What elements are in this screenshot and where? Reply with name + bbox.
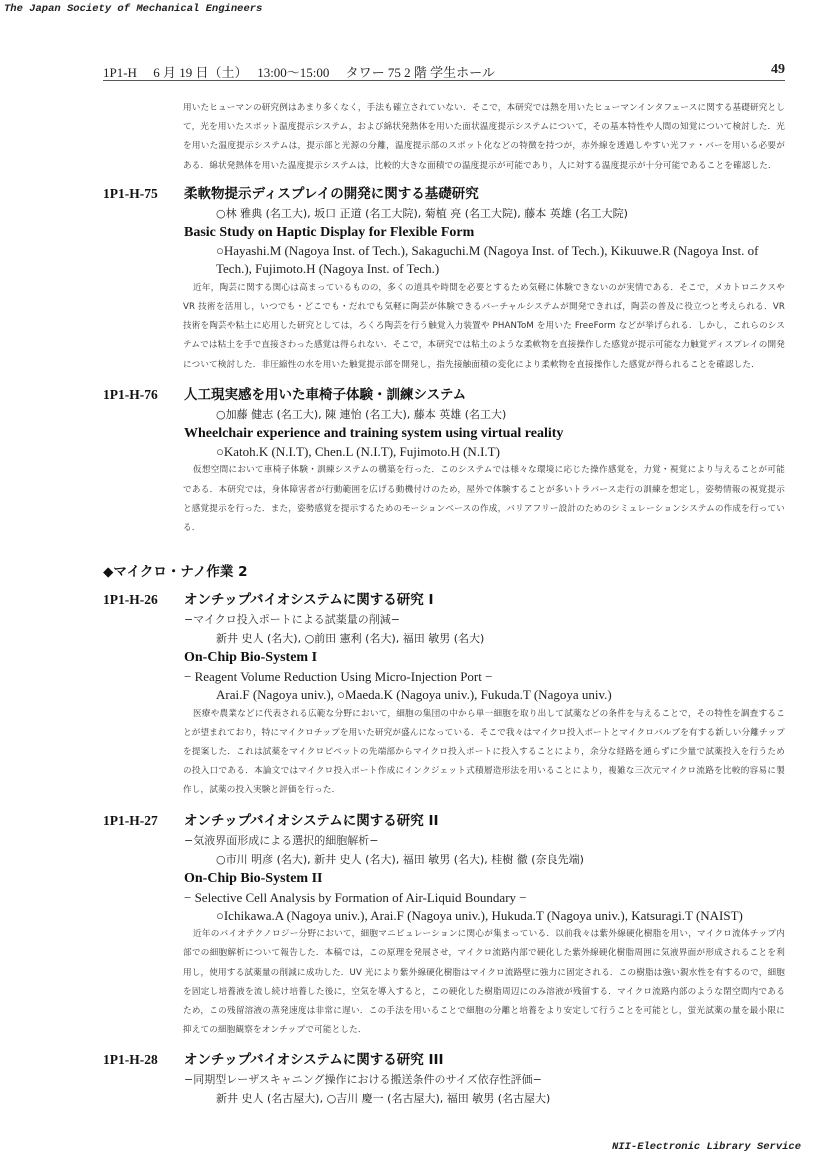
- page-content: 用いたヒューマンの研究例はあまり多くなく，手法も確立されていない．そこで，本研究…: [103, 99, 785, 1108]
- authors-en: Arai.F (Nagoya univ.), ○Maeda.K (Nagoya …: [216, 686, 785, 705]
- subtitle-ja: −同期型レーザスキャニング操作における搬送条件のサイズ依存性評価−: [184, 1070, 785, 1089]
- entry-id: 1P1-H-75: [103, 186, 184, 202]
- authors-ja: 新井 史人 (名古屋大), ○吉川 慶一 (名古屋大), 福田 敏男 (名古屋大…: [216, 1089, 785, 1108]
- subtitle-ja: −マイクロ投入ポートによる試薬量の削減−: [184, 610, 785, 629]
- authors-en: ○Katoh.K (N.I.T), Chen.L (N.I.T), Fujimo…: [216, 443, 785, 462]
- entry-1p1-h-28: 1P1-H-28 オンチップバイオシステムに関する研究 III −同期型レーザス…: [103, 1048, 785, 1108]
- authors-ja: ○加藤 健志 (名工大), 陳 連怡 (名工大), 藤本 英雄 (名工大): [216, 405, 785, 424]
- entry-title-ja: オンチップバイオシステムに関する研究 III: [184, 1048, 444, 1068]
- entry-1p1-h-76: 1P1-H-76 人工現実感を用いた車椅子体験・訓練システム ○加藤 健志 (名…: [103, 383, 785, 538]
- entry-title-ja: オンチップバイオシステムに関する研究 II: [184, 809, 439, 829]
- entry-abstract: 近年，陶芸に関する関心は高まっているものの，多くの道具や時間を必要とするため気軽…: [183, 279, 785, 375]
- entry-title-ja: 柔軟物提示ディスプレイの開発に関する基礎研究: [184, 182, 479, 202]
- publisher-watermark: The Japan Society of Mechanical Engineer…: [4, 3, 262, 15]
- entry-1p1-h-26: 1P1-H-26 オンチップバイオシステムに関する研究 I −マイクロ投入ポート…: [103, 588, 785, 801]
- authors-ja: 新井 史人 (名大), ○前田 憲利 (名大), 福田 敏男 (名大): [216, 629, 785, 648]
- entry-title-en: On-Chip Bio-System II: [184, 869, 785, 888]
- intro-abstract: 用いたヒューマンの研究例はあまり多くなく，手法も確立されていない．そこで，本研究…: [183, 99, 785, 176]
- entry-abstract: 医療や農業などに代表される広範な分野において，細胞の集団の中から単一細胞を取り出…: [183, 705, 785, 801]
- session-info: 1P1-H 6 月 19 日（土） 13:00〜15:00 タワー 75 2 階…: [103, 62, 495, 81]
- entry-title-ja: 人工現実感を用いた車椅子体験・訓練システム: [184, 383, 466, 403]
- entry-abstract: 仮想空間において車椅子体験・訓練システムの構築を行った．このシステムでは様々な環…: [183, 461, 785, 538]
- library-watermark: NII-Electronic Library Service: [612, 1141, 801, 1153]
- entry-title-ja: オンチップバイオシステムに関する研究 I: [184, 588, 433, 608]
- entry-id: 1P1-H-76: [103, 387, 184, 403]
- authors-ja: ○市川 明彦 (名大), 新井 史人 (名大), 福田 敏男 (名大), 桂樹 …: [216, 850, 785, 869]
- entry-abstract: 近年のバイオテクノロジー分野において，細胞マニピュレーションに関心が集まっている…: [183, 925, 785, 1040]
- section-heading: ◆マイクロ・ナノ作業 2: [103, 560, 785, 582]
- entry-title-en: On-Chip Bio-System I: [184, 648, 785, 667]
- page-number: 49: [771, 62, 785, 78]
- authors-en: ○Hayashi.M (Nagoya Inst. of Tech.), Saka…: [216, 242, 785, 279]
- entry-1p1-h-27: 1P1-H-27 オンチップバイオシステムに関する研究 II −気液界面形成によ…: [103, 809, 785, 1041]
- entry-id: 1P1-H-27: [103, 813, 184, 829]
- running-head: 1P1-H 6 月 19 日（土） 13:00〜15:00 タワー 75 2 階…: [103, 62, 785, 81]
- entry-title-en: Wheelchair experience and training syste…: [184, 424, 785, 443]
- subtitle-ja: −気液界面形成による選択的細胞解析−: [184, 831, 785, 850]
- authors-en: ○Ichikawa.A (Nagoya univ.), Arai.F (Nago…: [216, 907, 785, 926]
- subtitle-en: − Selective Cell Analysis by Formation o…: [184, 888, 785, 907]
- entry-1p1-h-75: 1P1-H-75 柔軟物提示ディスプレイの開発に関する基礎研究 ○林 雅典 (名…: [103, 182, 785, 375]
- authors-ja: ○林 雅典 (名工大), 坂口 正道 (名工大院), 菊植 亮 (名工大院), …: [216, 204, 785, 223]
- entry-id: 1P1-H-28: [103, 1052, 184, 1068]
- entry-title-en: Basic Study on Haptic Display for Flexib…: [184, 223, 785, 242]
- subtitle-en: − Reagent Volume Reduction Using Micro-I…: [184, 667, 785, 686]
- entry-id: 1P1-H-26: [103, 592, 184, 608]
